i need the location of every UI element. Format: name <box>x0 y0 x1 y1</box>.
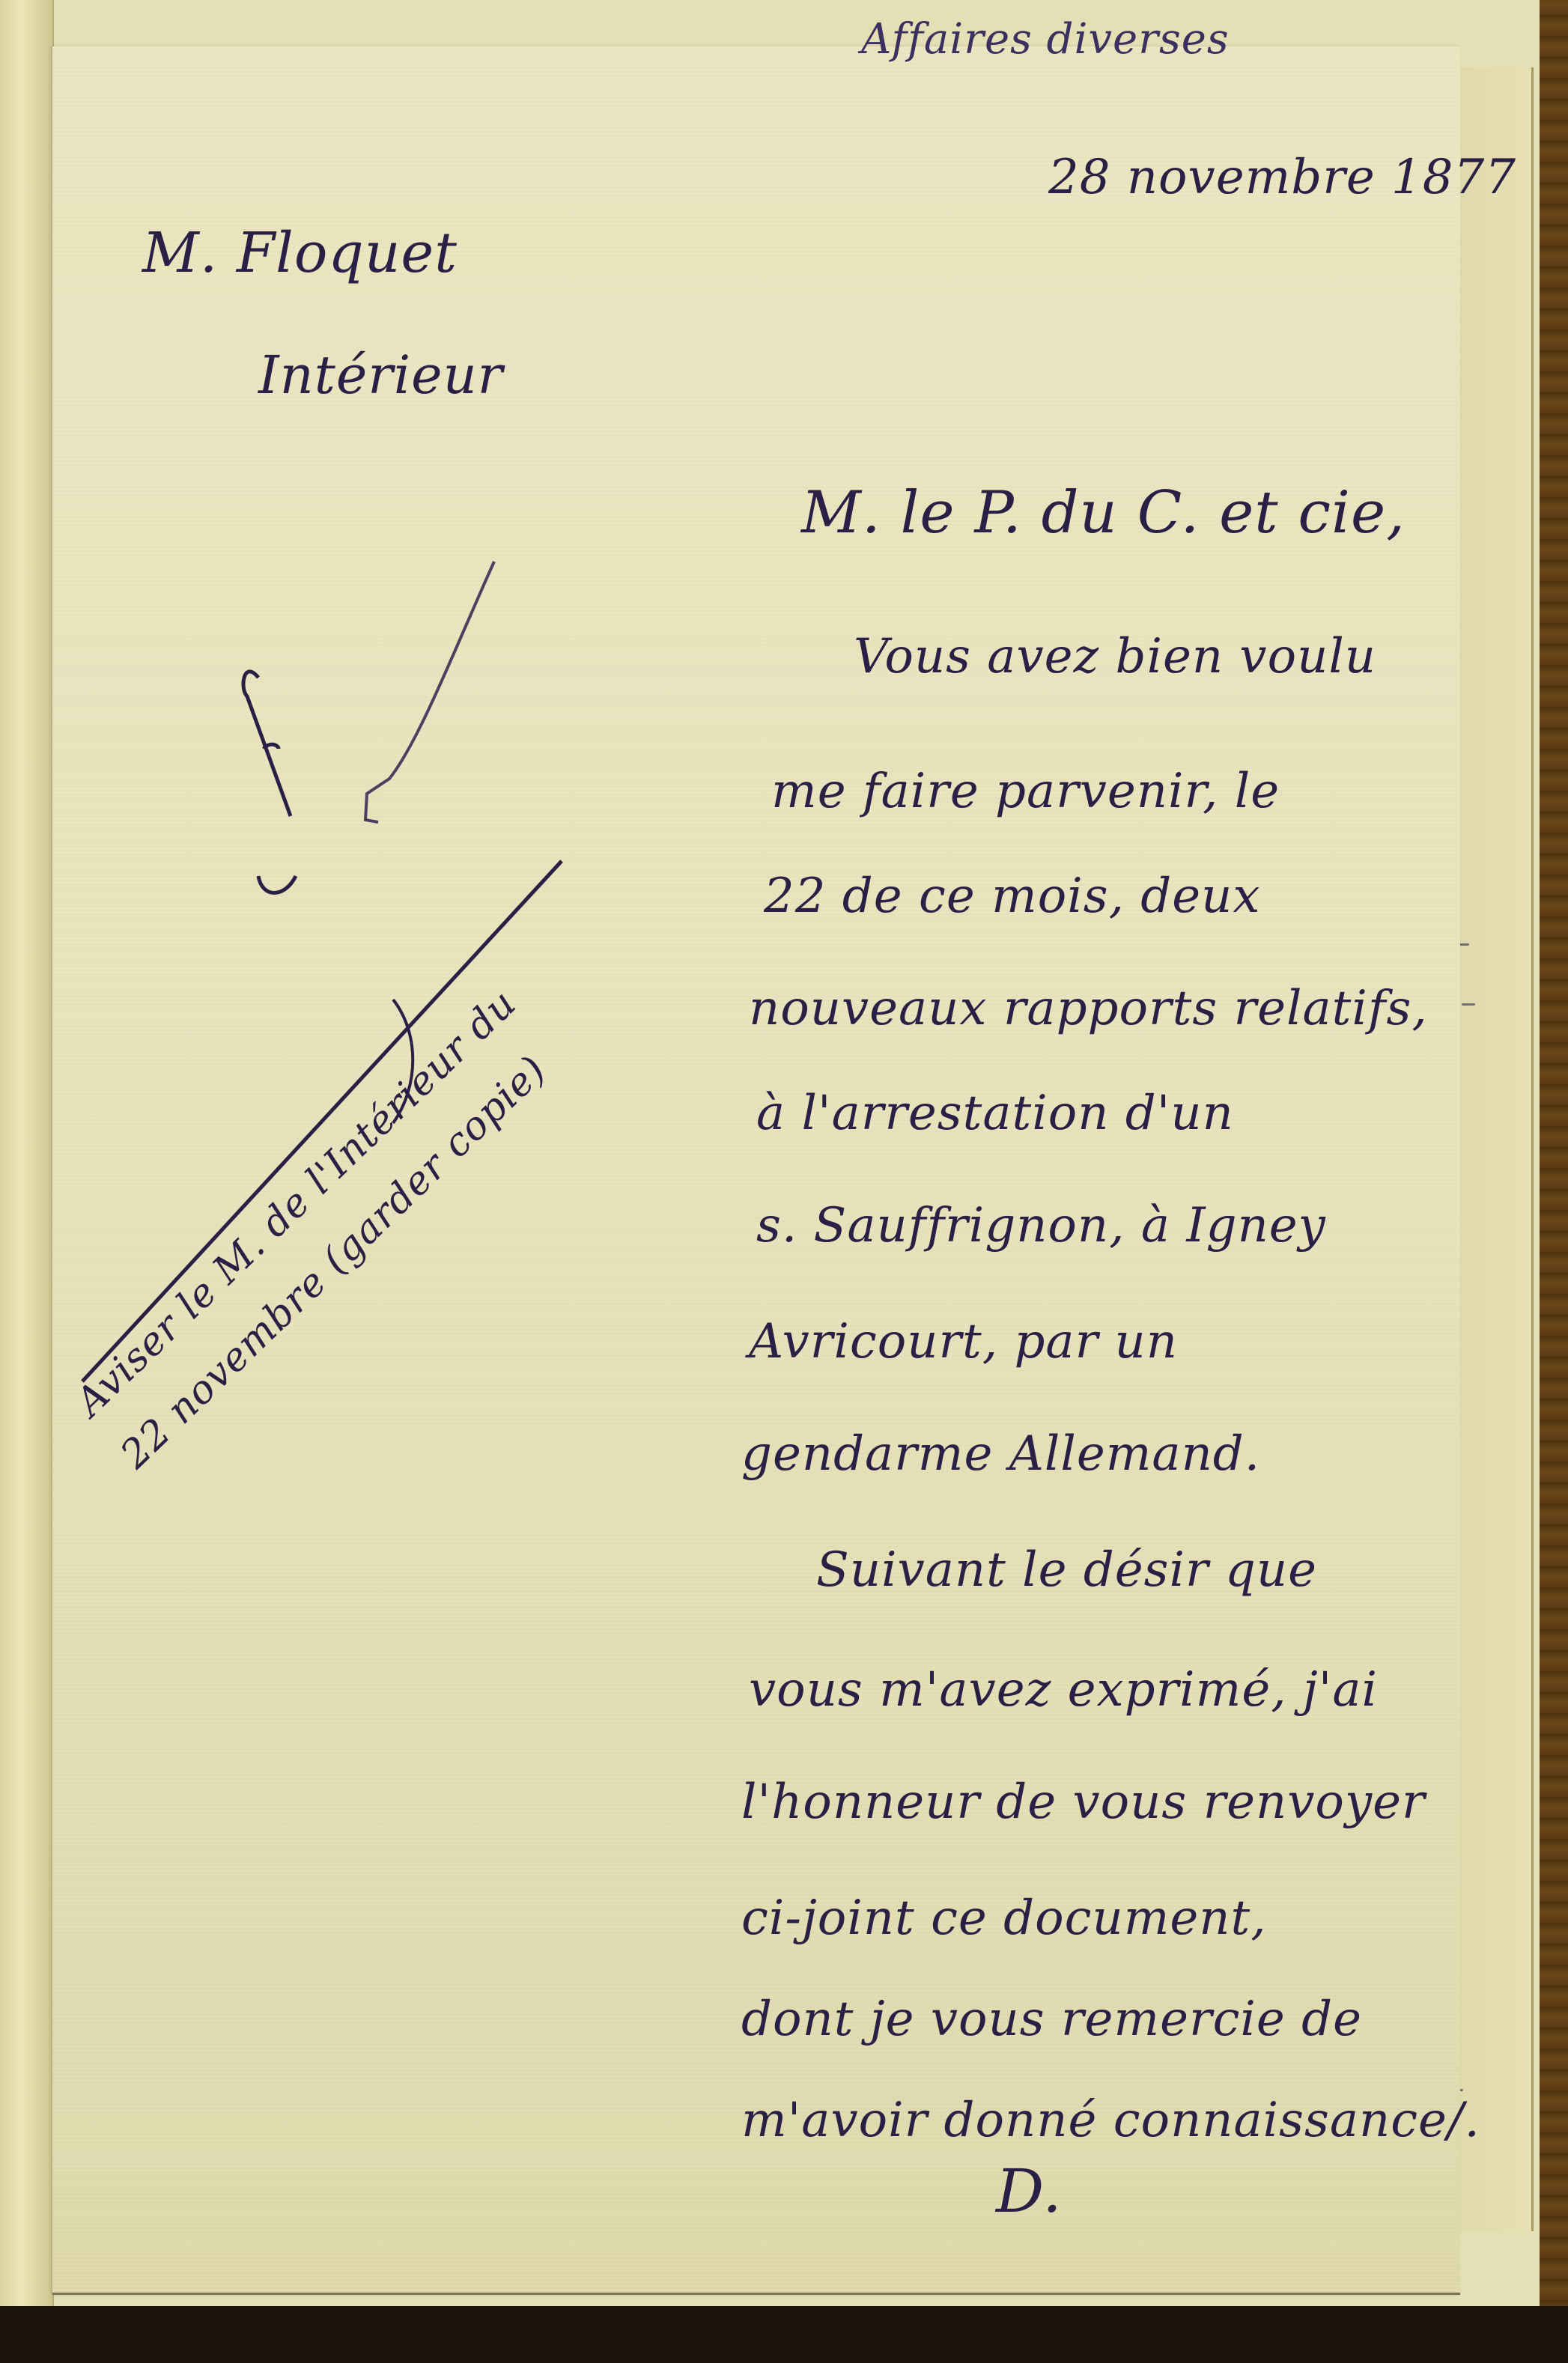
department: Intérieur <box>258 344 503 406</box>
salutation: M. le P. du C. et cie, <box>801 479 1406 547</box>
body-line: m'avoir donné connaissance/. <box>741 2093 1480 2148</box>
binder-edge <box>0 0 54 2321</box>
body-line: s. Sauffrignon, à Igney <box>756 1198 1326 1253</box>
body-line: me faire parvenir, le <box>771 764 1280 819</box>
body-line: l'honneur de vous renvoyer <box>741 1774 1426 1830</box>
body-line: vous m'avez exprimé, j'ai <box>749 1662 1378 1718</box>
letter-date: 28 novembre 1877 <box>1048 150 1516 205</box>
body-line: 22 de ce mois, deux <box>764 869 1260 924</box>
body-line: ci-joint ce document, <box>741 1891 1267 1946</box>
body-line: Suivant le désir que <box>816 1542 1317 1598</box>
body-line: à l'arrestation d'un <box>756 1086 1234 1141</box>
body-line: dont je vous remercie de <box>741 1992 1362 2047</box>
signature: D. <box>996 2156 1063 2226</box>
body-line: Avricourt, par un <box>749 1314 1178 1369</box>
addressee: M. Floquet <box>142 221 458 285</box>
body-line: nouveaux rapports relatifs, <box>749 981 1428 1036</box>
under-page-mark <box>1462 1003 1475 1006</box>
body-line: Vous avez bien voulu <box>854 629 1376 684</box>
bottom-shadow <box>0 2306 1568 2363</box>
body-line: gendarme Allemand. <box>741 1426 1260 1482</box>
folder-heading: Affaires diverses <box>861 15 1230 64</box>
